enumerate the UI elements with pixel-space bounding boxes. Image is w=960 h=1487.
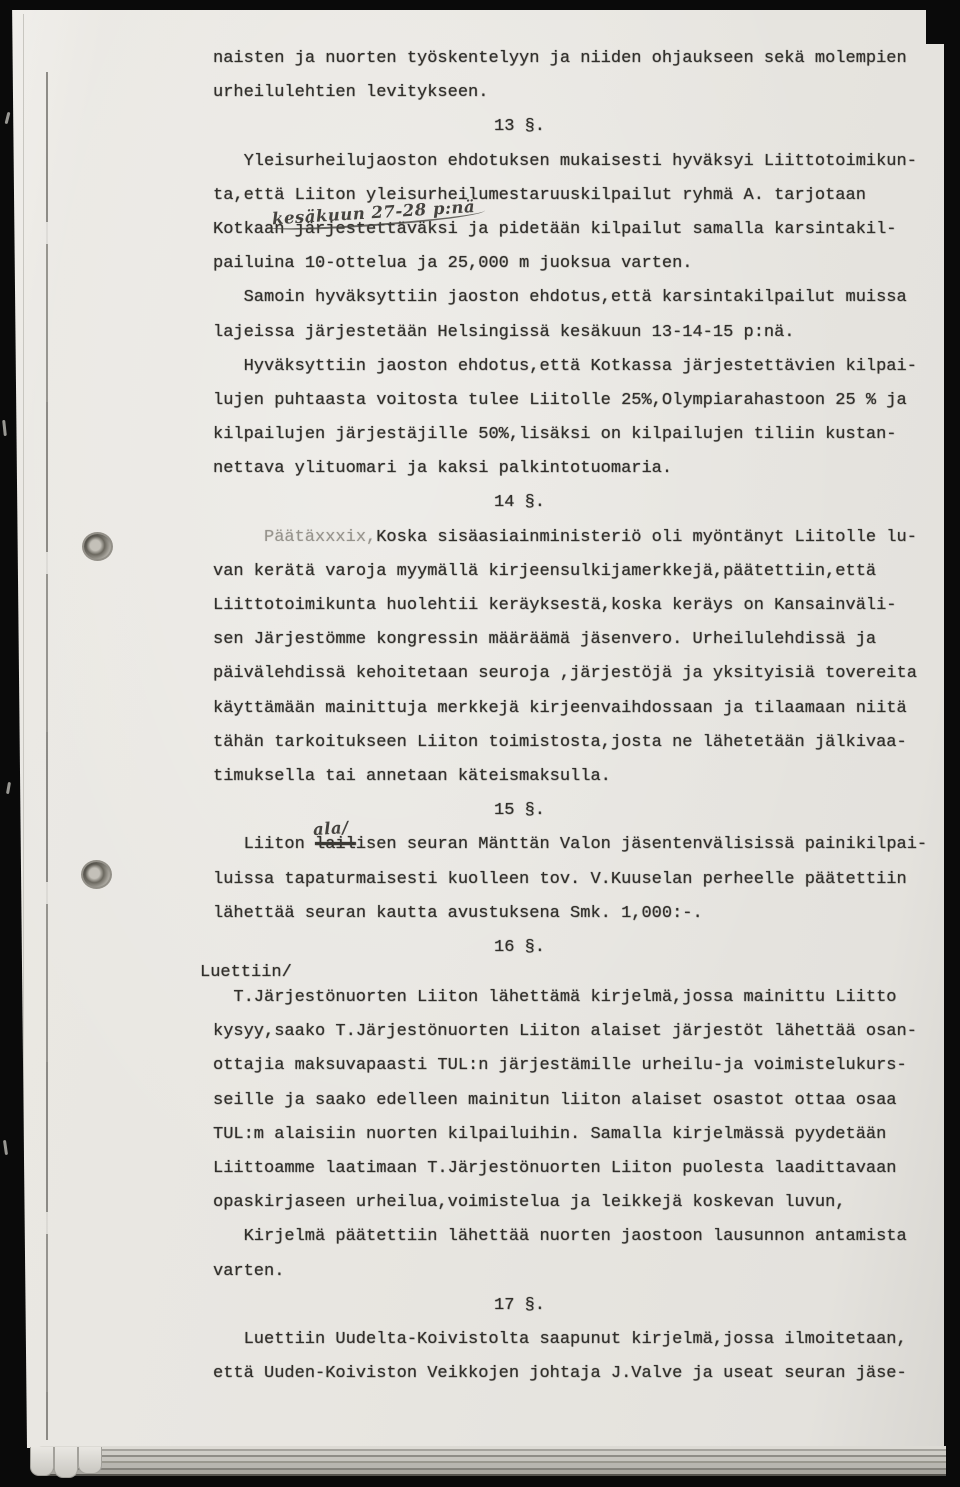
typed-text: Luettiin Uudelta-Koivistolta saapunut ki…	[244, 1330, 907, 1349]
typed-text: Luettiin/	[200, 963, 292, 982]
text-line: Liittotoimikunta huolehtii keräyksestä,k…	[213, 589, 939, 623]
typed-text: Päätäxxxix,	[264, 528, 376, 547]
text-line: lähettää seuran kautta avustuksena Smk. …	[213, 897, 939, 931]
typed-text: ottajia maksuvapaasti TUL:n järjestämill…	[213, 1056, 907, 1075]
text-line: Yleisurheilujaoston ehdotuksen mukaisest…	[213, 145, 939, 179]
typed-text: 17 §.	[494, 1296, 545, 1315]
typed-text: naisten ja nuorten työskentelyyn ja niid…	[213, 49, 907, 68]
text-line: että Uuden-Koiviston Veikkojen johtaja J…	[213, 1357, 939, 1391]
text-line: Liittoamme laatimaan T.Järjestönuorten L…	[213, 1152, 939, 1186]
typed-text: Yleisurheilujaoston ehdotuksen mukaisest…	[244, 152, 917, 171]
typed-text: T.Järjestönuorten Liiton lähettämä kirje…	[233, 988, 896, 1007]
text-line: urheilulehtien levitykseen.	[213, 76, 939, 110]
text-line: naisten ja nuorten työskentelyyn ja niid…	[213, 42, 939, 76]
page-corner-tab	[54, 1447, 78, 1478]
typed-text: lähettää seuran kautta avustuksena Smk. …	[213, 904, 703, 923]
text-line: Kotkaan järjestettäväksi ja pidetään kil…	[213, 213, 939, 247]
section-heading: 17 §.	[213, 1289, 939, 1323]
text-line: tähän tarkoitukseen Liiton toimistosta,j…	[213, 726, 939, 760]
text-line: opaskirjaseen urheilua,voimistelua ja le…	[213, 1186, 939, 1220]
text-line: Kirjelmä päätettiin lähettää nuorten jao…	[213, 1220, 939, 1254]
typed-text: käyttämään mainittuja merkkejä kirjeenva…	[213, 699, 907, 718]
typed-text: urheilulehtien levitykseen.	[213, 83, 488, 102]
section-heading: 14 §.	[213, 486, 939, 520]
typed-text: timuksella tai annetaan käteismaksulla.	[213, 767, 611, 786]
text-line: pailuina 10-ottelua ja 25,000 m juoksua …	[213, 247, 939, 281]
section-heading: 16 §.	[213, 931, 939, 965]
text-line: ottajia maksuvapaasti TUL:n järjestämill…	[213, 1049, 939, 1083]
section-heading: 13 §.	[213, 110, 939, 144]
text-column: naisten ja nuorten työskentelyyn ja niid…	[213, 42, 939, 1391]
text-line: nettava ylituomari ja kaksi palkintotuom…	[213, 452, 939, 486]
page-corner-tab	[30, 1447, 54, 1476]
typed-text: että Uuden-Koiviston Veikkojen johtaja J…	[213, 1364, 907, 1383]
typed-text: varten.	[213, 1262, 284, 1281]
page-stack-edge	[38, 1446, 946, 1476]
typed-text: 16 §.	[494, 938, 545, 957]
typed-text: sen Järjestömme kongressin määräämä jäse…	[213, 630, 876, 649]
text-line: seille ja saako edelleen mainitun liiton…	[213, 1084, 939, 1118]
text-line: Luettiin/	[200, 965, 939, 981]
text-line: lajeissa järjestetään Helsingissä kesäku…	[213, 316, 939, 350]
typed-text: 14 §.	[494, 493, 545, 512]
typed-text: 15 §.	[494, 801, 545, 820]
text-line: Hyväksyttiin jaoston ehdotus,että Kotkas…	[213, 350, 939, 384]
typed-text: 13 §.	[494, 117, 545, 136]
text-line: sen Järjestömme kongressin määräämä jäse…	[213, 623, 939, 657]
typed-text: Liittotoimikunta huolehtii keräyksestä,k…	[213, 596, 897, 615]
text-line: van kerätä varoja myymällä kirjeensulkij…	[213, 555, 939, 589]
typed-text: pailuina 10-ottelua ja 25,000 m juoksua …	[213, 254, 692, 273]
text-line: luissa tapaturmaisesti kuolleen tov. V.K…	[213, 863, 939, 897]
punch-hole	[82, 532, 113, 561]
typed-text: Samoin hyväksyttiin jaoston ehdotus,että…	[244, 288, 907, 307]
text-line: Päätäxxxix,Koska sisäasiainministeriö ol…	[213, 521, 939, 555]
page-corner-tab	[78, 1447, 102, 1474]
typed-text: kilpailujen järjestäjille 50%,lisäksi on…	[213, 425, 897, 444]
punch-hole	[81, 860, 112, 889]
handwritten-annotation: ala/	[312, 818, 349, 840]
typed-text: Koska sisäasiainministeriö oli myöntänyt…	[376, 528, 917, 547]
typed-text: Kirjelmä päätettiin lähettää nuorten jao…	[244, 1227, 907, 1246]
typed-text: Liiton	[244, 835, 315, 854]
typed-text: Liittoamme laatimaan T.Järjestönuorten L…	[213, 1159, 897, 1178]
text-line: Luettiin Uudelta-Koivistolta saapunut ki…	[213, 1323, 939, 1357]
scanned-document-page: naisten ja nuorten työskentelyyn ja niid…	[0, 0, 960, 1487]
typed-text: Hyväksyttiin jaoston ehdotus,että Kotkas…	[244, 357, 917, 376]
text-line: kysyy,saako T.Järjestönuorten Liiton ala…	[213, 1015, 939, 1049]
text-line: lujen puhtaasta voitosta tulee Liitolle …	[213, 384, 939, 418]
typed-text: luissa tapaturmaisesti kuolleen tov. V.K…	[213, 870, 907, 889]
text-line: timuksella tai annetaan käteismaksulla.	[213, 760, 939, 794]
text-line: TUL:m alaisiin nuorten kilpailuihin. Sam…	[213, 1118, 939, 1152]
text-line: kilpailujen järjestäjille 50%,lisäksi on…	[213, 418, 939, 452]
typed-text: isen seuran Mänttän Valon jäsentenvälisi…	[356, 835, 927, 854]
typed-text: TUL:m alaisiin nuorten kilpailuihin. Sam…	[213, 1125, 886, 1144]
text-line: Liiton lailisen seuran Mänttän Valon jäs…	[213, 828, 939, 862]
typed-text: lujen puhtaasta voitosta tulee Liitolle …	[213, 391, 907, 410]
typed-text: tähän tarkoitukseen Liiton toimistosta,j…	[213, 733, 907, 752]
text-line: käyttämään mainittuja merkkejä kirjeenva…	[213, 692, 939, 726]
typed-text: lajeissa järjestetään Helsingissä kesäku…	[213, 323, 795, 342]
typed-text: van kerätä varoja myymällä kirjeensulkij…	[213, 562, 876, 581]
typed-text: opaskirjaseen urheilua,voimistelua ja le…	[213, 1193, 846, 1212]
scan-corner-shadow	[926, 0, 960, 44]
typed-text: päivälehdissä kehoitetaan seuroja ,järje…	[213, 664, 917, 683]
typed-text: kysyy,saako T.Järjestönuorten Liiton ala…	[213, 1022, 917, 1041]
typed-text: seille ja saako edelleen mainitun liiton…	[213, 1091, 897, 1110]
typed-text: ta,että Liiton yleisurheilumestaruuskilp…	[213, 186, 866, 205]
text-line: päivälehdissä kehoitetaan seuroja ,järje…	[213, 657, 939, 691]
text-line: varten.	[213, 1255, 939, 1289]
text-line: Samoin hyväksyttiin jaoston ehdotus,että…	[213, 281, 939, 315]
typed-text: nettava ylituomari ja kaksi palkintotuom…	[213, 459, 672, 478]
text-line: T.Järjestönuorten Liiton lähettämä kirje…	[213, 981, 939, 1015]
binding-crease	[46, 72, 48, 1440]
